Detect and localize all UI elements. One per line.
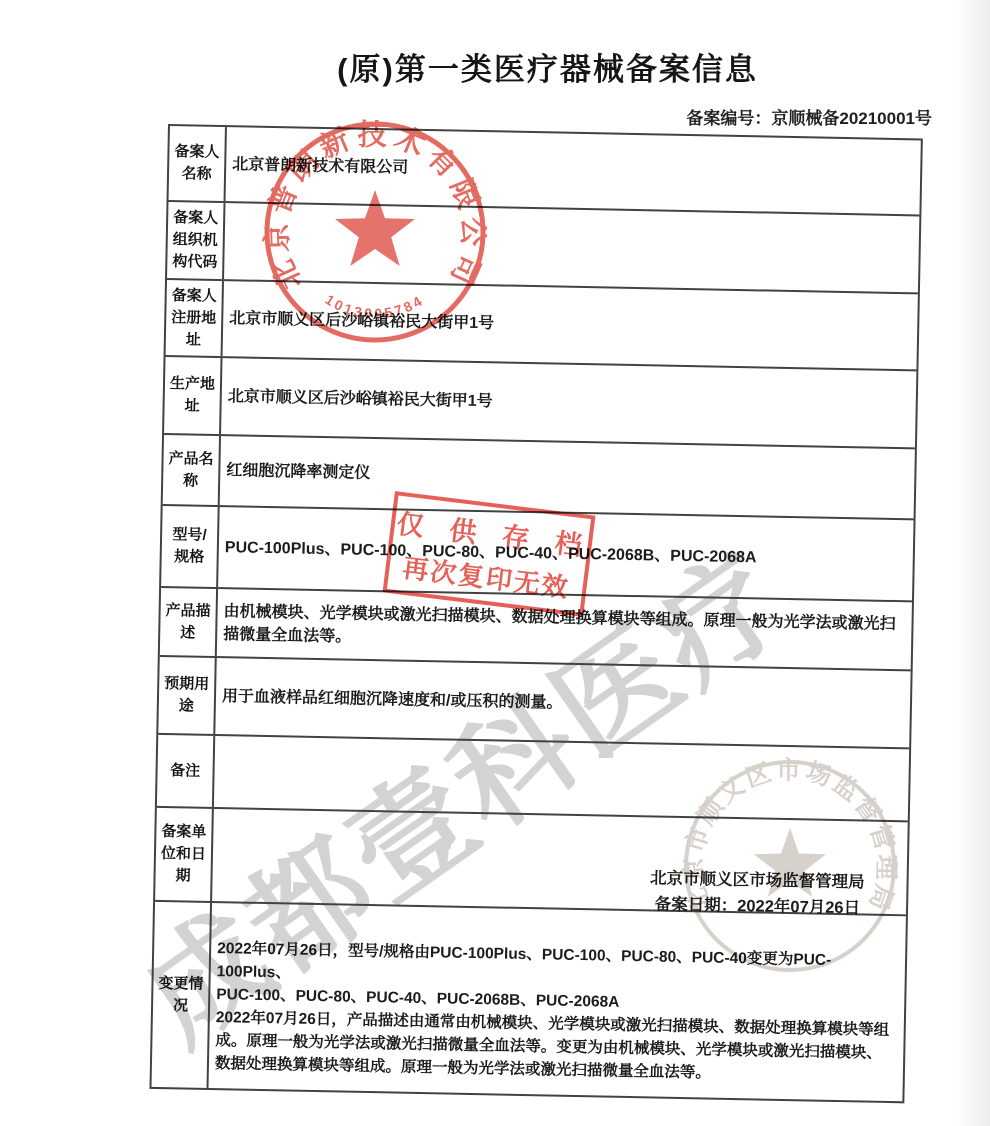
table-row: 预期用途 用于血液样品红细胞沉降速度和/或压积的测量。 xyxy=(158,657,910,749)
document-page: 成都壹科医疗 (原)第一类医疗器械备案信息 备案编号：京顺械备20210001号… xyxy=(0,0,990,1126)
row-label: 预期用途 xyxy=(158,657,216,734)
table-row: 变更情况 2022年07月26日，型号/规格由PUC-100Plus、PUC-1… xyxy=(152,902,906,1101)
row-label: 备注 xyxy=(157,735,215,807)
row-label: 备案人注册地址 xyxy=(166,280,224,356)
record-number: 备案编号：京顺械备20210001号 xyxy=(686,104,932,129)
row-value: 北京市顺义区后沙峪镇裕民大街甲1号 xyxy=(223,281,918,369)
row-label: 变更情况 xyxy=(152,902,213,1088)
row-value: 由机械模块、光学模块或激光扫描模块、数据处理换算模块等组成。原理一般为光学法或激… xyxy=(217,589,912,669)
row-value xyxy=(214,736,909,820)
row-label: 生产地址 xyxy=(164,357,222,434)
row-value: 北京市顺义区后沙峪镇裕民大街甲1号 xyxy=(221,358,916,447)
table-row: 备案人注册地址 北京市顺义区后沙峪镇裕民大街甲1号 xyxy=(166,280,918,371)
row-value: PUC-100Plus、PUC-100、PUC-80、PUC-40、PUC-20… xyxy=(218,507,913,600)
filing-info-table: 备案人名称 北京普朗新技术有限公司 备案人组织机构代码 备案人注册地址 北京市顺… xyxy=(149,124,922,1103)
row-label: 备案单位和日期 xyxy=(155,808,214,901)
table-row: 生产地址 北京市顺义区后沙峪镇裕民大街甲1号 xyxy=(164,357,916,449)
row-label: 备案人名称 xyxy=(169,126,227,201)
row-label: 产品名称 xyxy=(163,435,221,505)
filing-date: 备案日期：2022年07月26日 xyxy=(654,893,860,920)
row-value-filing: 北京市顺义区市场监督管理局 备案日期：2022年07月26日 xyxy=(212,809,908,914)
row-value: 2022年07月26日，型号/规格由PUC-100Plus、PUC-100、PU… xyxy=(209,903,906,1101)
page-title: (原)第一类医疗器械备案信息 xyxy=(105,44,990,89)
row-value: 用于血液样品红细胞沉降速度和/或压积的测量。 xyxy=(215,658,910,747)
row-label: 产品描述 xyxy=(160,588,218,656)
row-value xyxy=(224,203,919,292)
row-label: 备案人组织机构代码 xyxy=(167,202,225,279)
row-value: 北京普朗新技术有限公司 xyxy=(226,127,921,214)
table-row: 型号/规格 PUC-100Plus、PUC-100、PUC-80、PUC-40、… xyxy=(161,506,913,602)
row-label: 型号/规格 xyxy=(161,506,220,587)
row-value: 红细胞沉降率测定仪 xyxy=(220,436,915,518)
table-row: 备案人组织机构代码 xyxy=(167,202,919,294)
table-row: 备案人名称 北京普朗新技术有限公司 xyxy=(169,126,921,216)
filing-authority: 北京市顺义区市场监督管理局 xyxy=(650,867,865,894)
table-row: 备案单位和日期 北京市顺义区市场监督管理局 备案日期：2022年07月26日 xyxy=(155,808,908,916)
